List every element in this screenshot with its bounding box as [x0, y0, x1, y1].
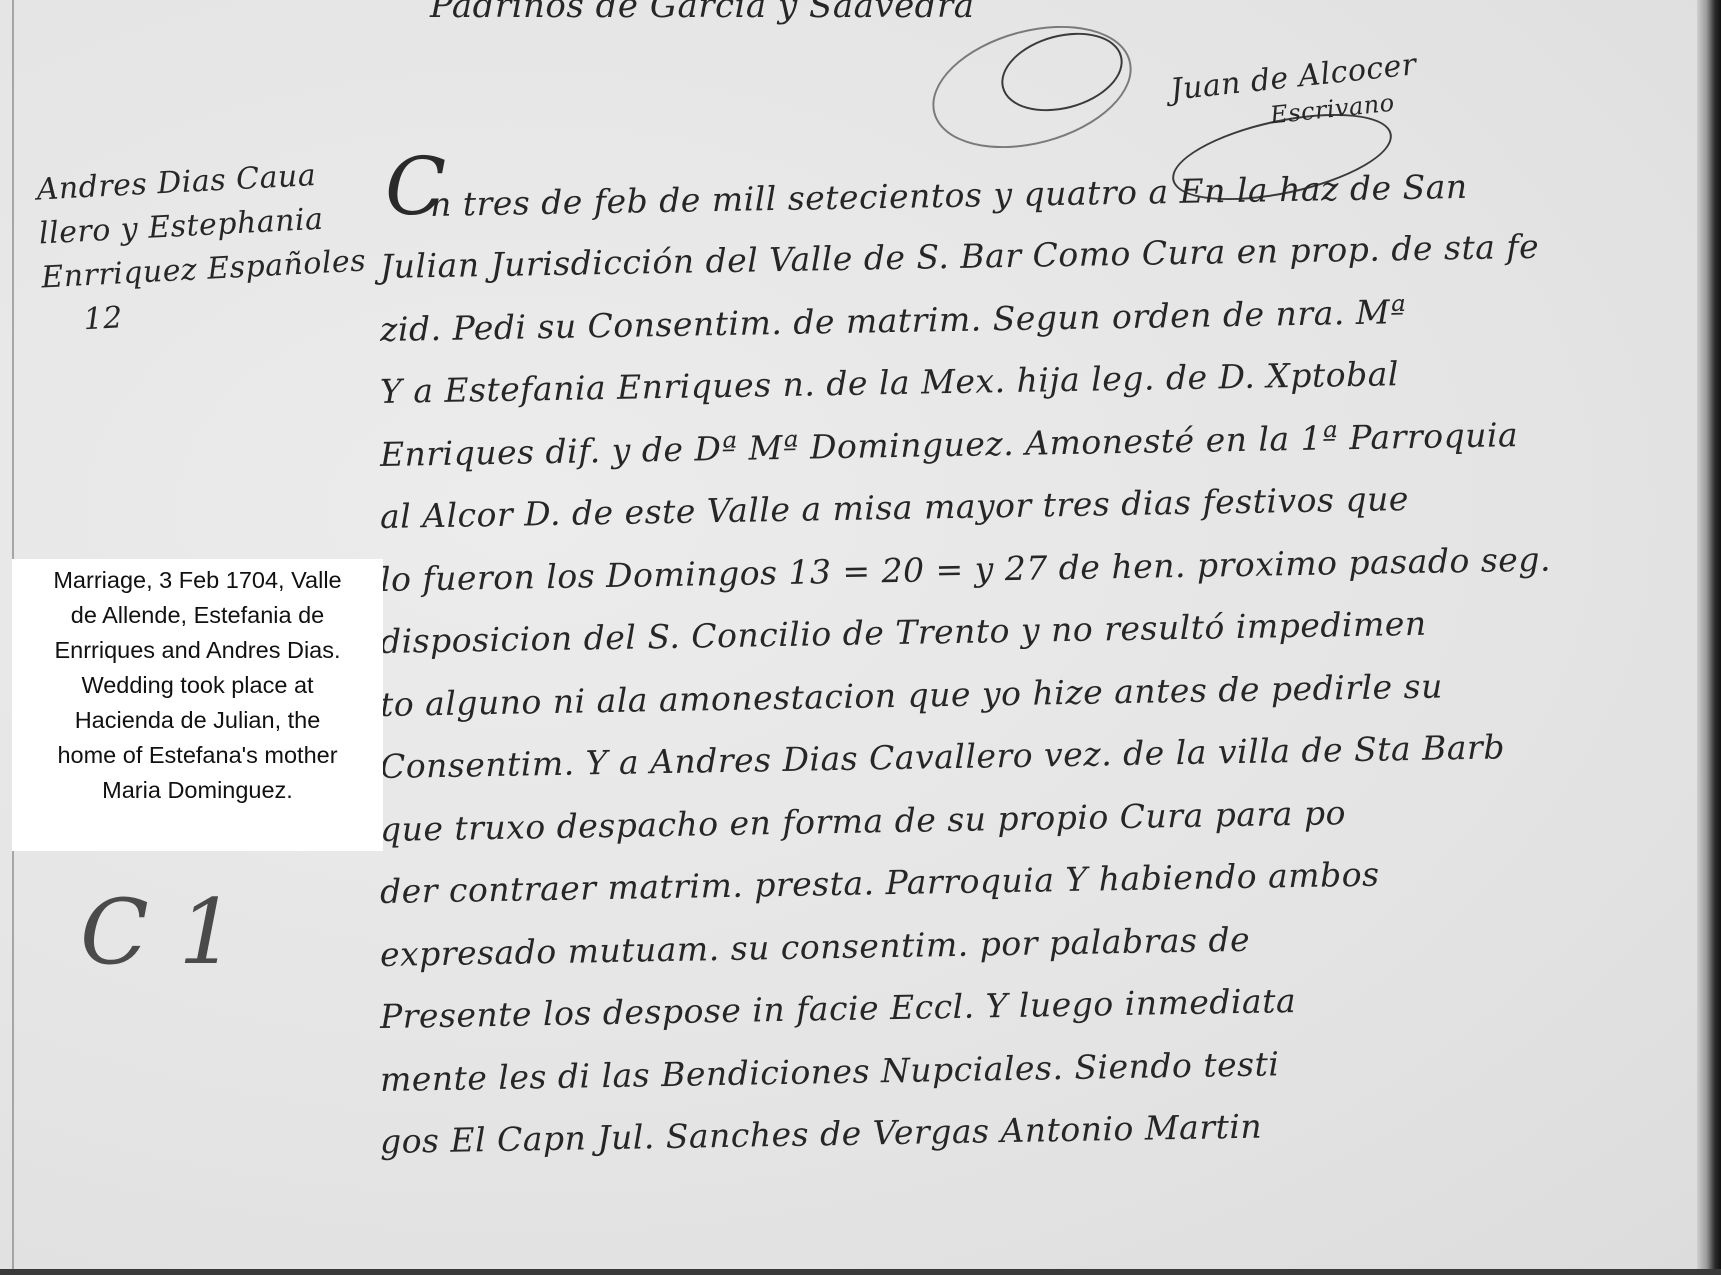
manuscript-line: gos El Capn Jul. Sanches de Vergas Anton…	[380, 1107, 1263, 1161]
caption-line: Maria Dominguez.	[102, 773, 293, 808]
caption-line: Hacienda de Julian, the	[75, 703, 321, 738]
signature-flourish	[919, 6, 1146, 169]
caption-line: Wedding took place at	[81, 668, 313, 703]
margin-mark: C 1	[80, 880, 236, 985]
manuscript-line: expresado mutuam. su consentim. por pala…	[380, 920, 1251, 974]
book-spine-edge	[1697, 0, 1721, 1275]
caption-box: Marriage, 3 Feb 1704, Valle de Allende, …	[12, 559, 383, 851]
bottom-page-edge	[0, 1269, 1721, 1275]
margin-note: Andres Dias Caua llero y Estephania Enrr…	[36, 152, 370, 345]
manuscript-line: zid. Pedi su Consentim. de matrim. Segun…	[380, 292, 1407, 349]
manuscript-line: to alguno ni ala amonestacion que yo hiz…	[380, 666, 1443, 724]
manuscript-line: lo fueron los Domingos 13 = 20 = y 27 de…	[380, 540, 1552, 599]
manuscript-line: Presente los despose in facie Eccl. Y lu…	[380, 981, 1297, 1036]
manuscript-line: Enriques dif. y de Dª Mª Dominguez. Amon…	[380, 415, 1519, 474]
caption-line: home of Estefana's mother	[57, 738, 337, 773]
caption-line: de Allende, Estefania de	[71, 598, 324, 633]
caption-line: Enrriques and Andres Dias.	[54, 633, 340, 668]
manuscript-line: n tres de feb de mill setecientos y quat…	[430, 167, 1468, 224]
manuscript-line: Julian Jurisdicción del Valle de S. Bar …	[380, 227, 1540, 286]
previous-entry-fragment: Padrinos de Garcia y Saavedra	[430, 0, 974, 26]
manuscript-line: que truxo despacho en forma de su propio…	[380, 793, 1347, 849]
manuscript-line: mente les di las Bendiciones Nupciales. …	[380, 1044, 1280, 1099]
manuscript-line: disposicion del S. Concilio de Trento y …	[380, 604, 1427, 661]
manuscript-page: Padrinos de Garcia y Saavedra Juan de Al…	[0, 0, 1721, 1275]
manuscript-line: al Alcor D. de este Valle a misa mayor t…	[380, 479, 1409, 536]
manuscript-line: Consentim. Y a Andres Dias Cavallero vez…	[380, 727, 1506, 786]
manuscript-line: der contraer matrim. presta. Parroquia Y…	[380, 855, 1380, 911]
manuscript-line: Y a Estefania Enriques n. de la Mex. hij…	[380, 354, 1400, 411]
caption-line: Marriage, 3 Feb 1704, Valle	[53, 563, 341, 598]
